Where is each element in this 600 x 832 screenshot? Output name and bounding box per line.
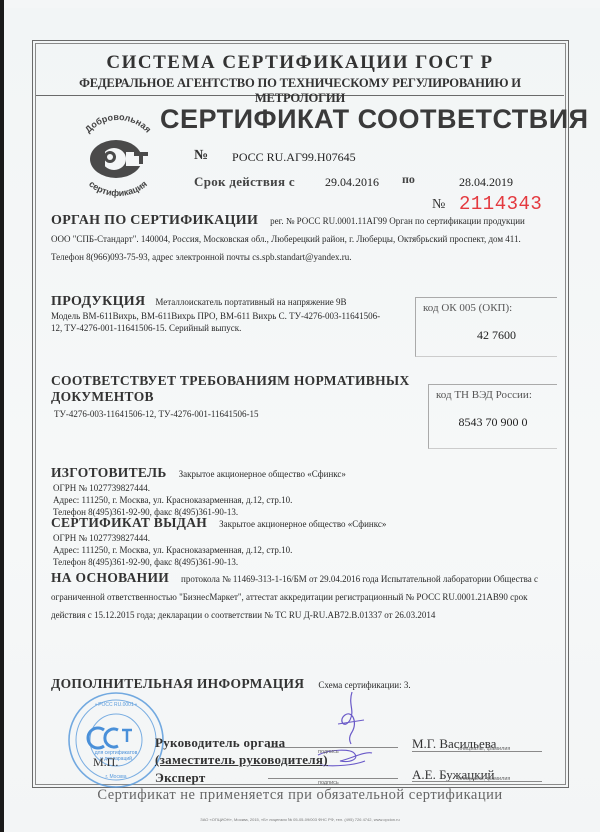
manufacturer-section: ИЗГОТОВИТЕЛЬ Закрытое акционерное общест… [51,464,431,518]
issued-to-name: Закрытое акционерное общество «Сфинкс» [219,519,386,529]
head-of-body-label: Руководитель органа [155,735,285,751]
issued-to-address: Адрес: 111250, г. Москва, ул. Красноказа… [53,544,431,556]
basis-heading: НА ОСНОВАНИИ [51,570,169,585]
expert-label: Эксперт [155,770,206,786]
stamp-place-label: М.П. [93,755,118,770]
deputy-head-label: (заместитель руководителя) [155,752,328,768]
certificate-number: РОСС RU.АГ99.Н07645 [232,150,356,165]
expert-signature-line [268,778,398,779]
certification-body-section: ОРГАН ПО СЕРТИФИКАЦИИ рег. № РОСС RU.000… [51,211,531,265]
svg-text:• РОСС RU.0001 •: • РОСС RU.0001 • [95,702,137,708]
additional-info-text: Схема сертификации: 3. [318,680,410,690]
certificate-title: СЕРТИФИКАТ СООТВЕТСТВИЯ [160,104,589,135]
product-section: ПРОДУКЦИЯ Металлоискатель портативный на… [51,292,381,334]
printer-imprint: ЗАО «ОПЦИОН», Москва, 2015, «Б» лицензия… [140,817,460,822]
issued-to-heading: СЕРТИФИКАТ ВЫДАН [51,515,207,530]
validity-label: Срок действия с [194,174,295,190]
expert-name-caption: инициалы, фамилия [458,776,510,782]
basis-section: НА ОСНОВАНИИ протокола № 11469-313-1-16/… [51,569,556,623]
conformity-section: СООТВЕТСТВУЕТ ТРЕБОВАНИЯМ НОРМАТИВНЫХ ДО… [51,373,441,420]
svg-text:Добровольная: Добровольная [83,112,153,135]
not-applied-notice: Сертификат не применяется при обязательн… [36,787,564,804]
certification-body-heading: ОРГАН ПО СЕРТИФИКАЦИИ [51,213,258,228]
agency-title: ФЕДЕРАЛЬНОЕ АГЕНТСТВО ПО ТЕХНИЧЕСКОМУ РЕ… [36,76,564,106]
head-name-caption: инициалы, фамилия [458,746,510,752]
rst-voluntary-certification-logo-icon: Добровольная сертификация [68,108,168,198]
manufacturer-name: Закрытое акционерное общество «Сфинкс» [179,469,346,479]
issued-to-section: СЕРТИФИКАТ ВЫДАН Закрытое акционерное об… [51,514,431,568]
valid-to-label: по [402,172,415,187]
manufacturer-heading: ИЗГОТОВИТЕЛЬ [51,465,167,480]
expert-signature-caption: подпись [318,780,339,786]
tnved-code-value: 8543 70 900 0 [429,415,557,430]
product-text: Модель ВМ-611Вихрь, ВМ-611Вихрь ПРО, ВМ-… [51,310,381,334]
tnved-code-label: код ТН ВЭД России: [436,389,532,401]
blue-round-seal-icon: для сертификатов и деклараций • РОСС RU.… [66,690,166,790]
head-signature-icon [330,690,370,745]
conformity-heading: СООТВЕТСТВУЕТ ТРЕБОВАНИЯМ НОРМАТИВНЫХ ДО… [51,373,441,405]
okp-code-box: код ОК 005 (ОКП): 42 7600 [415,297,557,357]
svg-text:сертификация: сертификация [87,179,149,198]
product-lead: Металлоискатель портативный на напряжени… [155,297,346,307]
conformity-text: ТУ-4276-003-11641506-12, ТУ-4276-001-116… [54,408,441,420]
system-title: СИСТЕМА СЕРТИФИКАЦИИ ГОСТ Р [36,52,564,74]
manufacturer-address: Адрес: 111250, г. Москва, ул. Красноказа… [53,494,431,506]
tnved-code-box: код ТН ВЭД России: 8543 70 900 0 [428,384,557,449]
issued-to-phone: Телефон 8(495)361-92-90, факс 8(495)361-… [53,556,431,568]
manufacturer-ogrn: ОГРН № 1027739827444. [53,482,431,494]
valid-to-date: 28.04.2019 [459,175,513,190]
additional-info-heading: ДОПОЛНИТЕЛЬНАЯ ИНФОРМАЦИЯ [51,676,304,691]
product-heading: ПРОДУКЦИЯ [51,294,145,309]
svg-text:г. Москва: г. Москва [105,774,126,780]
okp-code-label: код ОК 005 (ОКП): [423,302,512,314]
head-signature-caption: подпись [318,749,339,755]
head-signature-line [268,747,398,748]
issued-to-ogrn: ОГРН № 1027739827444. [53,532,431,544]
certificate-number-label: № [194,148,208,164]
valid-from-date: 29.04.2016 [325,175,379,190]
okp-code-value: 42 7600 [416,328,557,343]
